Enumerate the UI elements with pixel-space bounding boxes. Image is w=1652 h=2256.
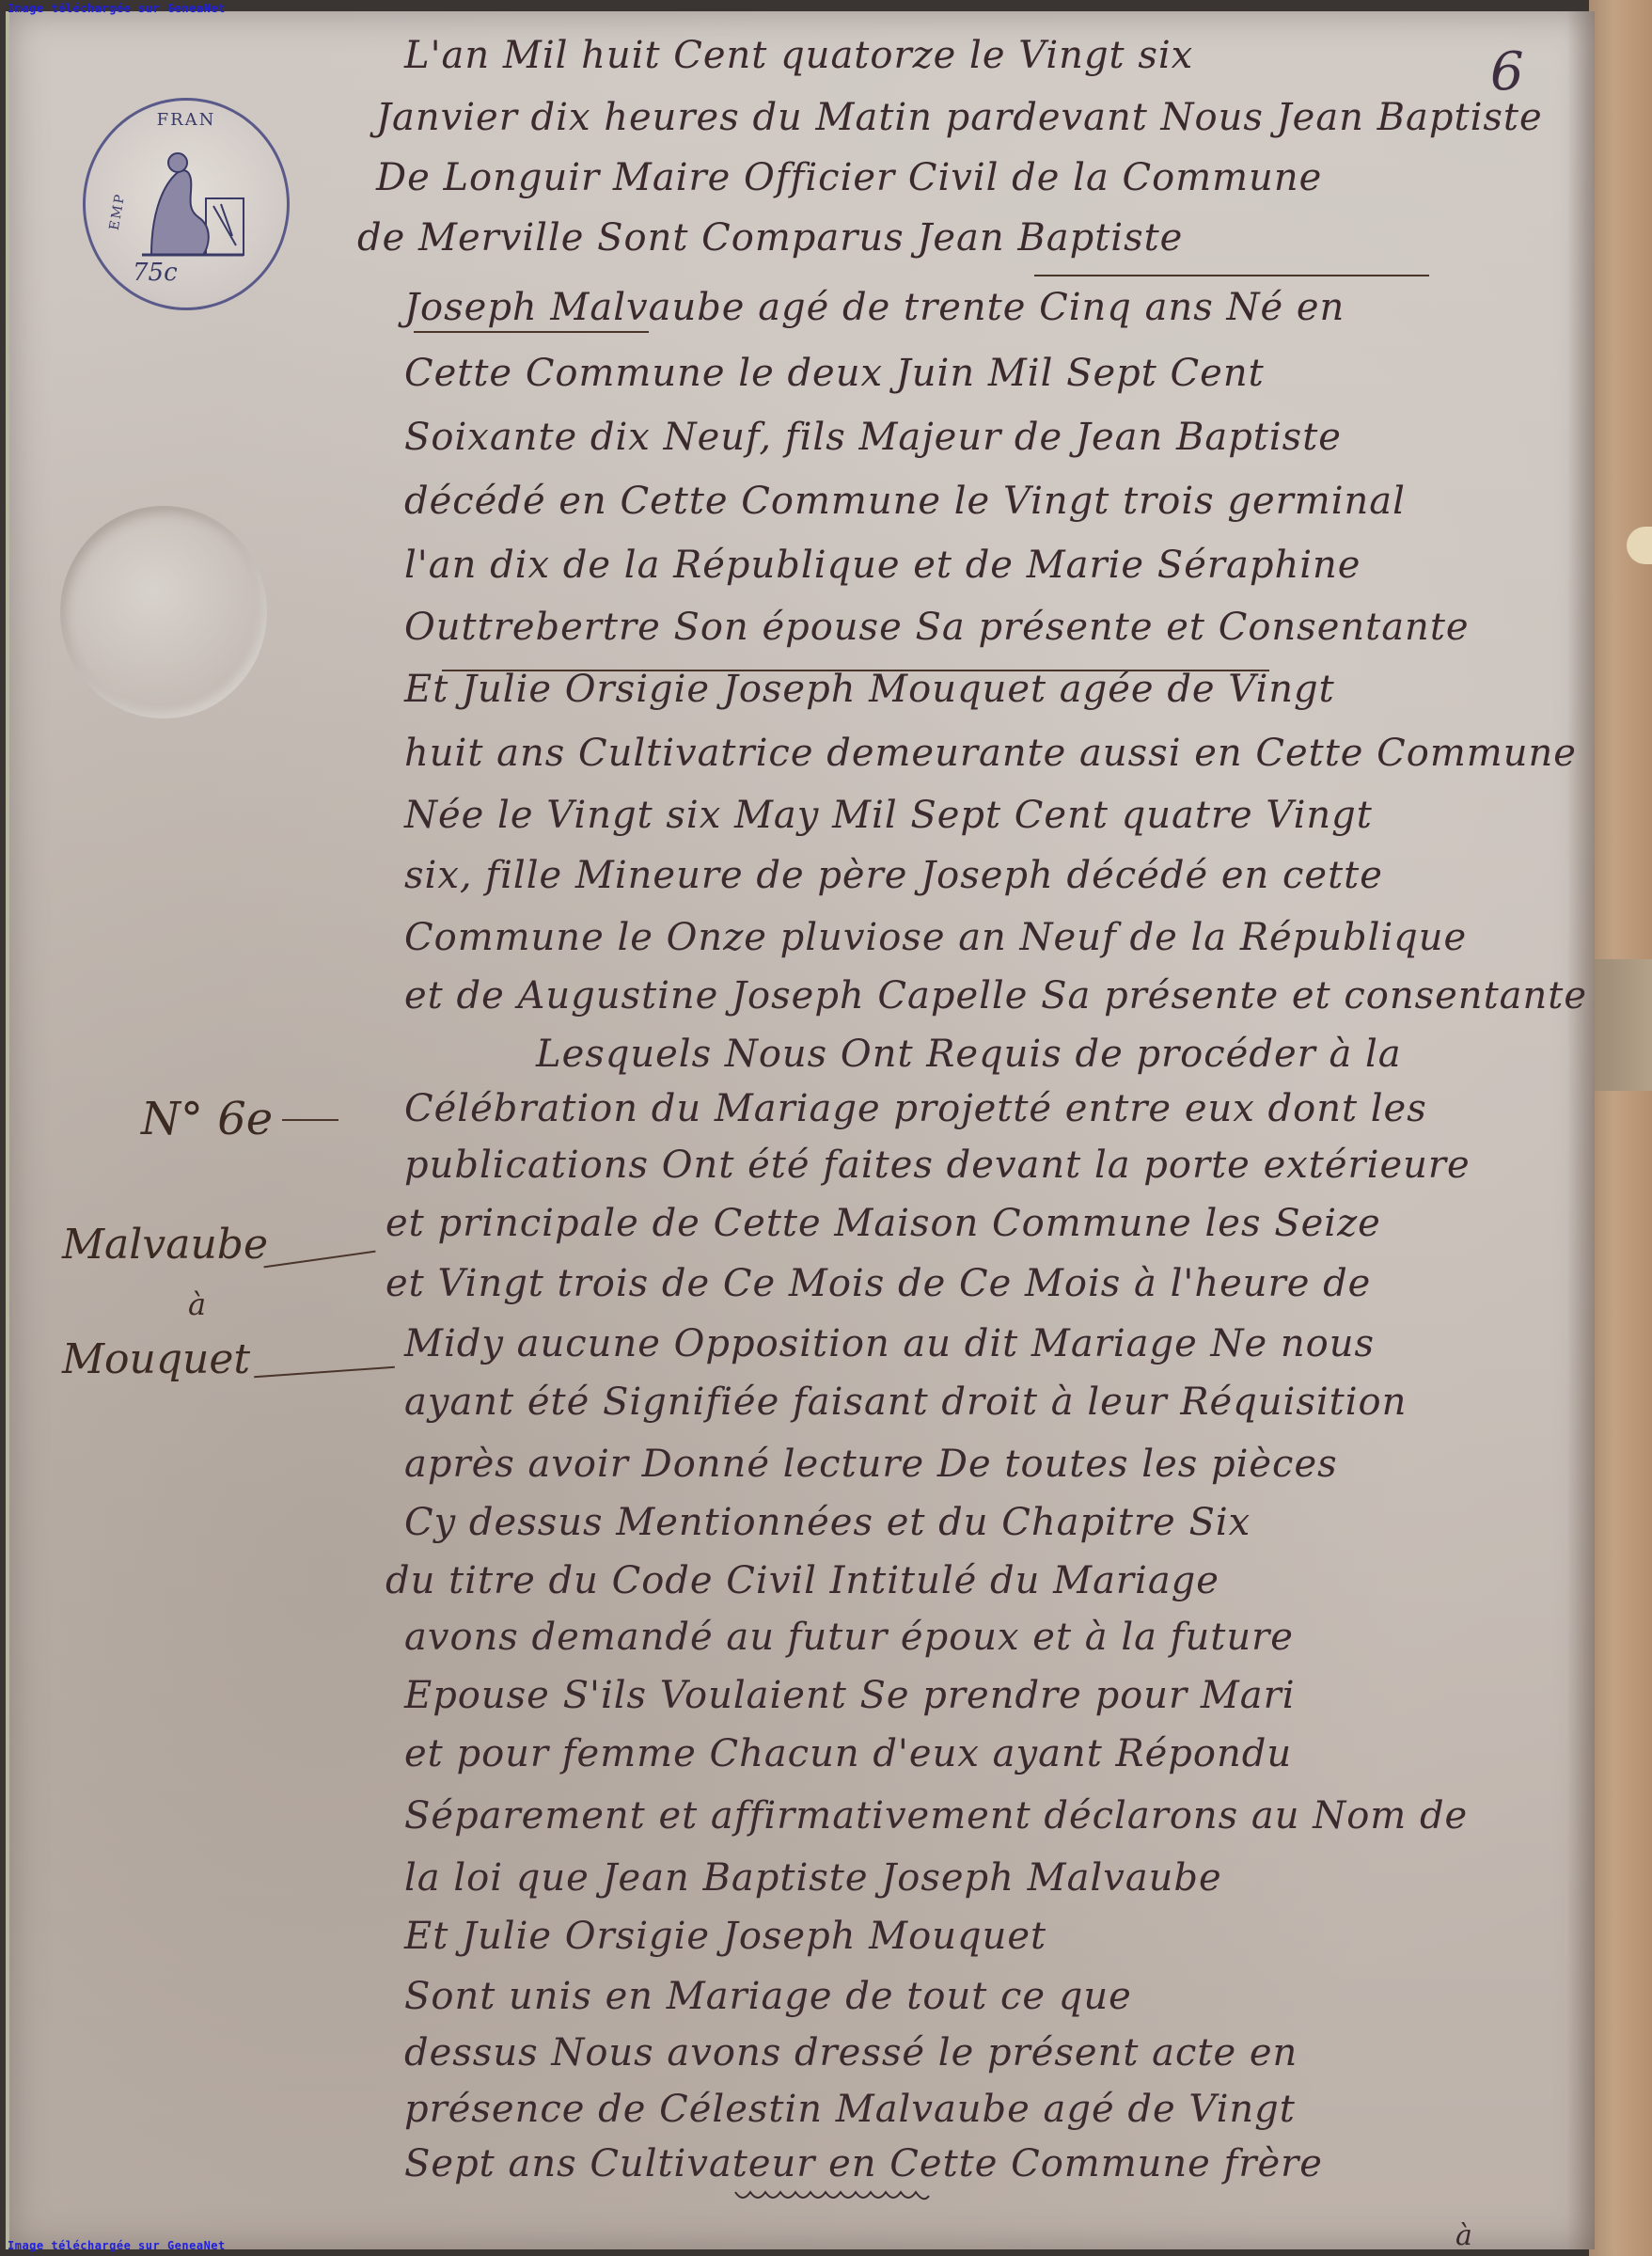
text-line: Séparement et affirmativement déclarons … bbox=[404, 1794, 1468, 1838]
text-line: avons demandé au futur époux et à la fut… bbox=[404, 1616, 1294, 1659]
text-line: après avoir Donné lecture De toutes les … bbox=[404, 1443, 1338, 1486]
text-line: Midy aucune Opposition au dit Mariage Ne… bbox=[404, 1322, 1375, 1365]
text-line: Cette Commune le deux Juin Mil Sept Cent bbox=[404, 352, 1265, 395]
bride-name-underline bbox=[442, 670, 1269, 671]
text-line: Sept ans Cultivateur en Cette Commune fr… bbox=[404, 2142, 1323, 2185]
text-line: de Merville Sont Comparus Jean Baptiste bbox=[357, 216, 1183, 260]
watermark-bottom: Image téléchargée sur GeneaNet bbox=[8, 2239, 226, 2252]
groom-name-underline bbox=[414, 331, 649, 333]
bride-surname: Mouquet bbox=[62, 1335, 250, 1383]
text-line: et Vingt trois de Ce Mois de Ce Mois à l… bbox=[385, 1262, 1371, 1305]
text-line: six, fille Mineure de père Joseph décédé… bbox=[404, 854, 1383, 897]
background-tab bbox=[1589, 959, 1652, 1091]
text-line: L'an Mil huit Cent quatorze le Vingt six bbox=[404, 34, 1193, 77]
text-line: et de Augustine Joseph Capelle Sa présen… bbox=[404, 974, 1587, 1018]
text-line: décédé en Cette Commune le Vingt trois g… bbox=[404, 480, 1406, 523]
margin-connector: à bbox=[188, 1286, 206, 1322]
text-line: Célébration du Mariage projetté entre eu… bbox=[404, 1087, 1427, 1130]
groom-name-underline bbox=[1034, 275, 1429, 276]
record-number: N° 6e bbox=[141, 1093, 273, 1145]
end-flourish-icon bbox=[733, 2186, 931, 2205]
text-line: et principale de Cette Maison Commune le… bbox=[385, 1202, 1381, 1245]
seated-figure-icon bbox=[123, 142, 255, 264]
text-line: publications Ont été faites devant la po… bbox=[404, 1144, 1471, 1187]
text-line: Outtrebertre Son épouse Sa présente et C… bbox=[404, 606, 1470, 649]
background-cardboard bbox=[1589, 0, 1652, 2256]
groom-surname: Malvaube bbox=[62, 1221, 268, 1269]
text-line: Et Julie Orsigie Joseph Mouquet bbox=[404, 1915, 1046, 1958]
background-flap bbox=[1627, 527, 1652, 564]
text-line: Cy dessus Mentionnées et du Chapitre Six bbox=[404, 1501, 1251, 1544]
text-line: Commune le Onze pluviose an Neuf de la R… bbox=[404, 916, 1467, 959]
text-line: Soixante dix Neuf, fils Majeur de Jean B… bbox=[404, 416, 1342, 459]
text-line: Et Julie Orsigie Joseph Mouquet agée de … bbox=[404, 668, 1335, 711]
text-line: Lesquels Nous Ont Requis de procéder à l… bbox=[536, 1033, 1402, 1076]
text-line: Janvier dix heures du Matin pardevant No… bbox=[376, 96, 1543, 139]
text-line: et pour femme Chacun d'eux ayant Répondu bbox=[404, 1732, 1292, 1775]
text-line: Sont unis en Mariage de tout ce que bbox=[404, 1975, 1132, 2018]
embossed-seal bbox=[60, 506, 267, 718]
text-line: l'an dix de la République et de Marie Sé… bbox=[404, 544, 1361, 587]
text-line: la loi que Jean Baptiste Joseph Malvaube bbox=[404, 1856, 1222, 1900]
text-line: ayant été Signifiée faisant droit à leur… bbox=[404, 1380, 1407, 1424]
text-line: du titre du Code Civil Intitulé du Maria… bbox=[385, 1559, 1219, 1602]
page-number: 6 bbox=[1490, 41, 1524, 103]
stamp-legend-top: FRAN bbox=[86, 110, 287, 130]
text-line: Née le Vingt six May Mil Sept Cent quatr… bbox=[404, 794, 1373, 837]
text-line: De Longuir Maire Officier Civil de la Co… bbox=[376, 156, 1322, 199]
watermark-top: Image téléchargée sur GeneaNet bbox=[8, 2, 226, 15]
text-line: présence de Célestin Malvaube agé de Vin… bbox=[404, 2088, 1296, 2131]
text-line: dessus Nous avons dressé le présent acte… bbox=[404, 2031, 1298, 2075]
text-line: huit ans Cultivatrice demeurante aussi e… bbox=[404, 732, 1577, 775]
catchword-mark: à bbox=[1455, 2219, 1472, 2252]
margin-flourish bbox=[282, 1119, 338, 1121]
revenue-stamp: FRAN EMP 75c bbox=[83, 98, 290, 310]
stamp-value: 75c bbox=[133, 259, 178, 287]
text-line: Joseph Malvaube agé de trente Cinq ans N… bbox=[404, 286, 1345, 329]
text-line: Epouse S'ils Voulaient Se prendre pour M… bbox=[404, 1674, 1296, 1717]
